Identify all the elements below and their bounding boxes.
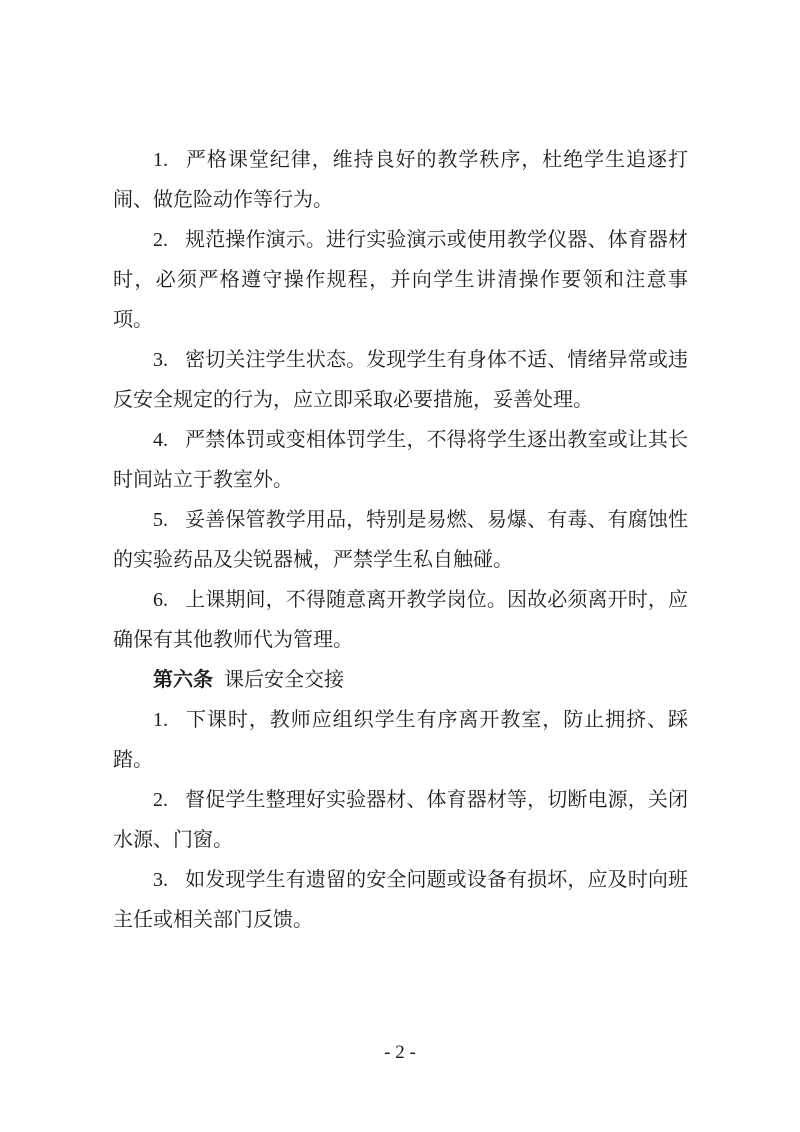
list-item-2: 2.规范操作演示。进行实验演示或使用教学仪器、体育器材时，必须严格遵守操作规程，… (113, 220, 688, 340)
list-item-4: 4.严禁体罚或变相体罚学生，不得将学生逐出教室或让其长时间站立于教室外。 (113, 420, 688, 500)
list-item-text: 规范操作演示。进行实验演示或使用教学仪器、体育器材时，必须严格遵守操作规程，并向… (113, 229, 688, 331)
list-item-text: 下课时，教师应组织学生有序离开教室，防止拥挤、踩踏。 (113, 709, 688, 771)
list-item-7: 1.下课时，教师应组织学生有序离开教室，防止拥挤、踩踏。 (113, 700, 688, 780)
list-item-text: 严禁体罚或变相体罚学生，不得将学生逐出教室或让其长时间站立于教室外。 (113, 429, 688, 491)
document-body: 1.严格课堂纪律，维持良好的教学秩序，杜绝学生追逐打闹、做危险动作等行为。 2.… (113, 140, 688, 940)
list-item-9: 3.如发现学生有遗留的安全问题或设备有损坏，应及时向班主任或相关部门反馈。 (113, 860, 688, 940)
document-page: 1.严格课堂纪律，维持良好的教学秩序，杜绝学生追逐打闹、做危险动作等行为。 2.… (0, 0, 800, 1132)
list-item-number: 4. (153, 429, 185, 451)
list-item-number: 6. (153, 589, 185, 611)
list-item-number: 2. (153, 789, 185, 811)
list-item-6: 6.上课期间，不得随意离开教学岗位。因故必须离开时，应确保有其他教师代为管理。 (113, 580, 688, 660)
list-item-text: 妥善保管教学用品，特别是易燃、易爆、有毒、有腐蚀性的实验药品及尖锐器械，严禁学生… (113, 509, 688, 571)
list-item-text: 严格课堂纪律，维持良好的教学秩序，杜绝学生追逐打闹、做危险动作等行为。 (113, 149, 688, 211)
list-item-number: 2. (153, 229, 185, 251)
list-item-3: 3.密切关注学生状态。发现学生有身体不适、情绪异常或违反安全规定的行为，应立即采… (113, 340, 688, 420)
list-item-text: 上课期间，不得随意离开教学岗位。因故必须离开时，应确保有其他教师代为管理。 (113, 589, 688, 651)
list-item-text: 密切关注学生状态。发现学生有身体不适、情绪异常或违反安全规定的行为，应立即采取必… (113, 349, 688, 411)
list-item-number: 3. (153, 869, 185, 891)
list-item-number: 3. (153, 349, 185, 371)
list-item-1: 1.严格课堂纪律，维持良好的教学秩序，杜绝学生追逐打闹、做危险动作等行为。 (113, 140, 688, 220)
list-item-5: 5.妥善保管教学用品，特别是易燃、易爆、有毒、有腐蚀性的实验药品及尖锐器械，严禁… (113, 500, 688, 580)
article-number: 第六条 (153, 669, 224, 691)
article-heading: 第六条课后安全交接 (113, 660, 688, 700)
list-item-number: 1. (153, 709, 185, 731)
list-item-text: 如发现学生有遗留的安全问题或设备有损坏，应及时向班主任或相关部门反馈。 (113, 869, 688, 931)
list-item-8: 2.督促学生整理好实验器材、体育器材等，切断电源，关闭水源、门窗。 (113, 780, 688, 860)
list-item-text: 督促学生整理好实验器材、体育器材等，切断电源，关闭水源、门窗。 (113, 789, 688, 851)
list-item-number: 1. (153, 149, 185, 171)
article-title: 课后安全交接 (224, 669, 344, 691)
list-item-number: 5. (153, 509, 185, 531)
page-number: - 2 - (0, 1040, 800, 1066)
